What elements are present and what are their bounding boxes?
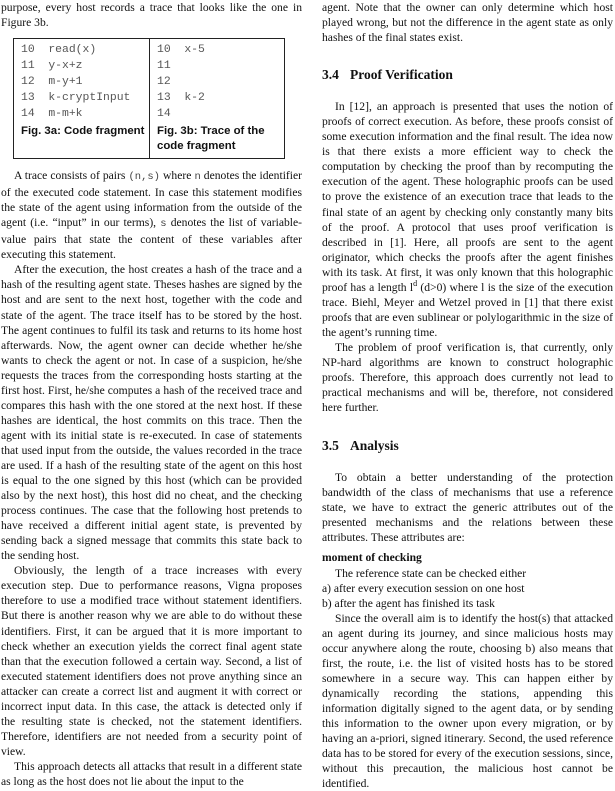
section-heading-3-5: 3.5Analysis [322,438,613,453]
continuation-paragraph: agent. Note that the owner can only dete… [322,0,613,45]
intro-paragraph: purpose, every host records a trace that… [1,0,302,30]
trace-length-paragraph: Obviously, the length of a trace increas… [1,563,302,759]
approach-detects-paragraph: This approach detects all attacks that r… [1,759,302,789]
analysis-intro-paragraph: To obtain a better understanding of the … [322,470,613,545]
proof-verification-paragraph: In [12], an approach is presented that u… [322,99,613,340]
trace-definition-paragraph: A trace consists of pairs (n,s) where n … [1,168,302,262]
trace-line: 11 [157,58,284,74]
trace-line: 12 [157,74,284,90]
code-line: 13 k-cryptInput [21,90,149,106]
section-heading-3-4: 3.4Proof Verification [322,67,613,82]
moment-of-checking-subheading: moment of checking [322,550,613,565]
reference-state-paragraph: The reference state can be checked eithe… [322,566,613,581]
code-line: 10 read(x) [21,42,149,58]
option-b: b) after the agent has finished its task [322,596,613,611]
figure-3a-caption: Fig. 3a: Code fragment [21,124,149,139]
trace-line: 14 [157,106,284,122]
code-line: 14 m-m+k [21,106,149,122]
code-line: 12 m-y+1 [21,74,149,90]
overall-aim-paragraph: Since the overall aim is to identify the… [322,611,613,791]
figure-3: 10 read(x) 11 y-x+z 12 m-y+1 13 k-cryptI… [13,38,285,159]
figure-3b-caption: Fig. 3b: Trace of the code fragment [157,124,284,154]
code-line: 11 y-x+z [21,58,149,74]
figure-3a-code-fragment: 10 read(x) 11 y-x+z 12 m-y+1 13 k-cryptI… [14,39,149,158]
np-hard-paragraph: The problem of proof verification is, th… [322,340,613,415]
right-column: agent. Note that the owner can only dete… [322,0,613,791]
execution-paragraph: After the execution, the host creates a … [1,262,302,563]
trace-line: 13 k-2 [157,90,284,106]
left-column: purpose, every host records a trace that… [1,0,302,789]
figure-3b-trace: 10 x-5 11 12 13 k-2 14 Fig. 3b: Trace of… [149,39,284,158]
trace-line: 10 x-5 [157,42,284,58]
option-a: a) after every execution session on one … [322,581,613,596]
